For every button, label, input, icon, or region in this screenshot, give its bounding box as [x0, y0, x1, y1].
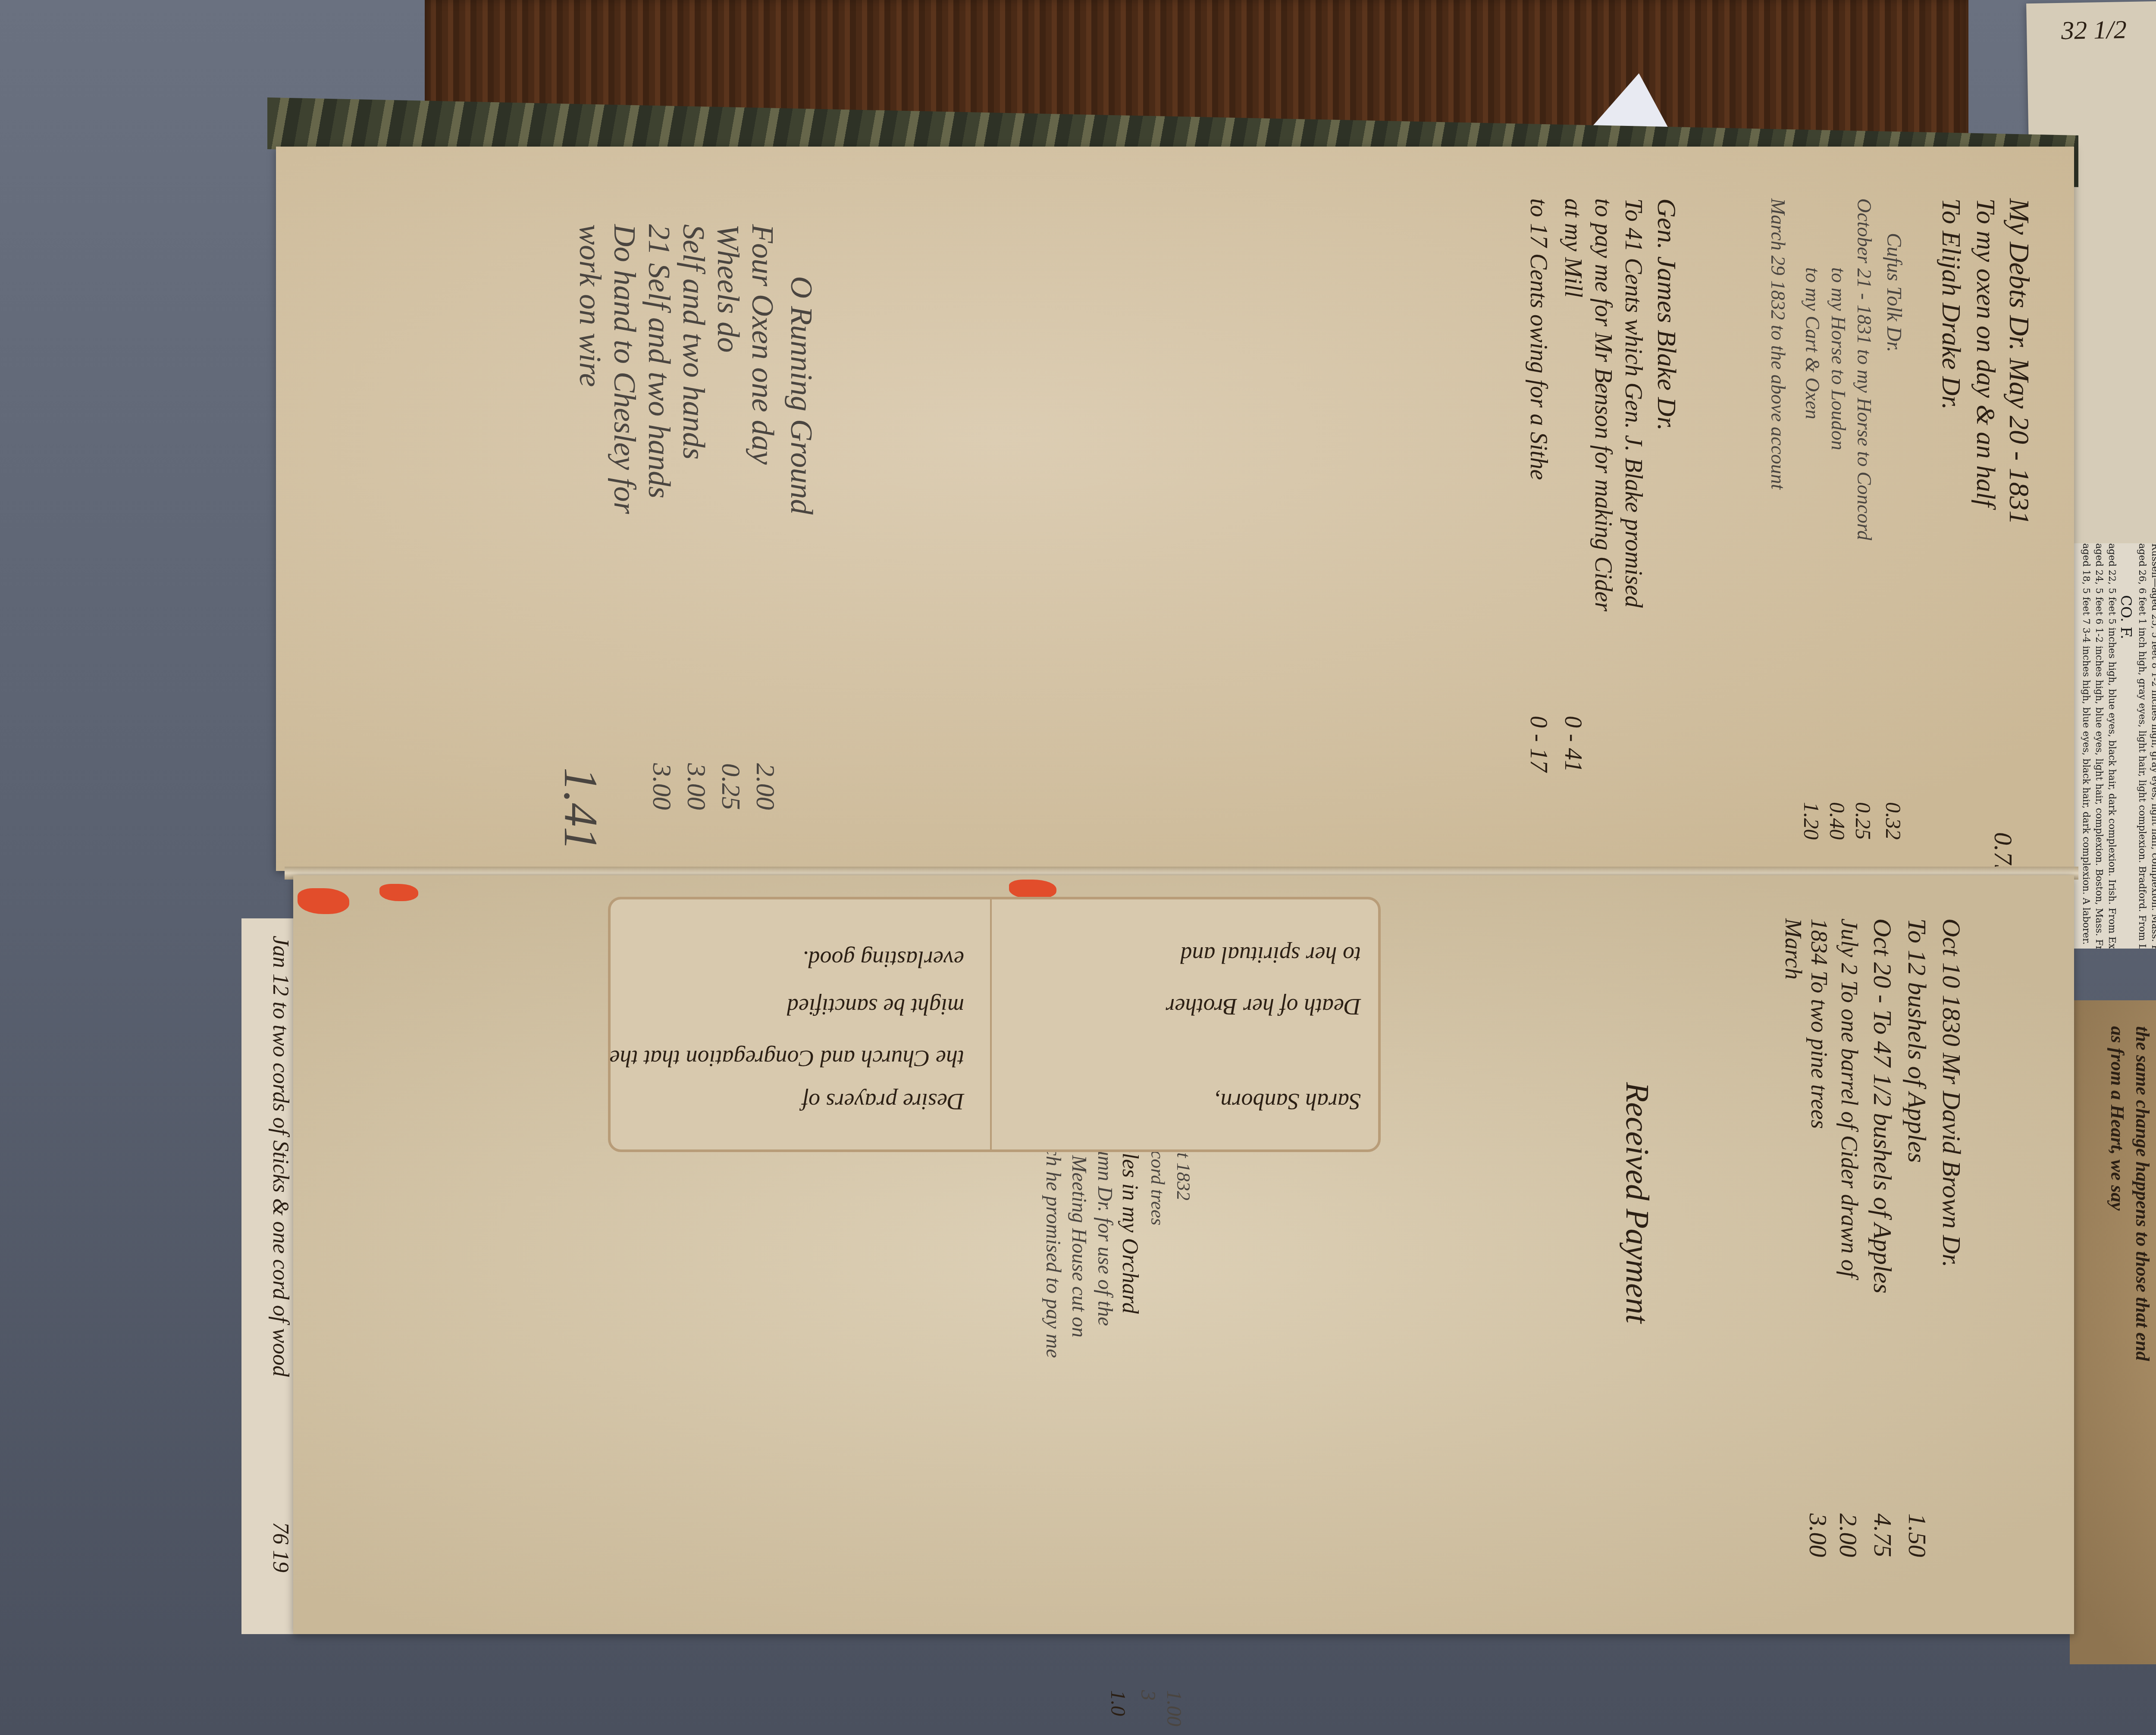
- amount: 0.40: [1825, 802, 1850, 840]
- amount: 0 - 17: [1525, 716, 1552, 772]
- newspaper-columns: CO. C. Doran—aged 27, 5 feet 9 inches hi…: [2070, 543, 2156, 949]
- entry-line: October 21 - 1831 to my Horse to Concord: [1853, 198, 1876, 540]
- entry-line: Do hand to Chesley for: [607, 224, 642, 514]
- news-entry: aged 22, 5 feet 5 inches high, blue eyes…: [2106, 543, 2117, 949]
- amount: 1.20: [1799, 802, 1824, 840]
- amount: 1.41: [553, 767, 608, 851]
- news-entry: Russell—aged 25, 5 feet 8 1-2 inches hig…: [2150, 543, 2156, 949]
- amount: 1.0: [1106, 1690, 1130, 1716]
- news-entry: aged 26, 6 feet 1 inch high, gray eyes, …: [2137, 543, 2147, 949]
- note-left-panel: Desire prayers of the Church and Congreg…: [611, 899, 992, 1149]
- entry-line: to my Cart & Oxen: [1801, 267, 1824, 420]
- amount: 1.50: [1903, 1513, 1932, 1557]
- entry-line: Cufus Tolk Dr.: [1882, 233, 1906, 352]
- entry-line: at my Mill: [1559, 198, 1587, 298]
- ledger-top-page: My Debts Dr. May 20 - 1831 To my oxen on…: [276, 147, 2074, 871]
- amount: 4.75: [1868, 1513, 1897, 1557]
- manuscript-line: as from a Heart, we say: [2106, 1026, 2128, 1211]
- strip-amount: 76 19: [268, 1522, 293, 1572]
- note-line: Desire prayers of: [802, 1088, 964, 1115]
- amount: 1.00: [1162, 1690, 1186, 1726]
- amount: 2.00: [750, 763, 780, 810]
- red-wax-seal: [298, 888, 349, 914]
- entry-line: 1834 To two pine trees: [1806, 918, 1833, 1129]
- entry-line: Four Oxen one day: [745, 224, 780, 465]
- entry-line: To my oxen on day & an half: [1970, 198, 2001, 507]
- entry-line: Oct 20 - To 47 1/2 bushels of Apples: [1868, 918, 1897, 1293]
- strip-line: Jan 12 to two cords of Sticks & one cord…: [268, 936, 293, 1377]
- entry-line: To 41 Cents which Gen. J. Blake promised: [1620, 198, 1647, 608]
- entry-line: O Running Ground: [783, 276, 819, 514]
- note-line: everlasting good.: [802, 946, 964, 973]
- entry-line: My Debts Dr. May 20 - 1831: [2002, 198, 2035, 525]
- news-entry: aged 24, 5 feet 6 1-2 inches high, blue …: [2093, 543, 2104, 949]
- received-payment-signature: Received Payment: [1618, 1082, 1656, 1323]
- red-wax-seal: [1009, 880, 1056, 899]
- note-line: the Church and Congregation that the: [610, 1045, 964, 1072]
- entry-line: March 29 1832 to the above account: [1767, 198, 1789, 489]
- ledger-left-strip: Jan 12 to two cords of Sticks & one cord…: [241, 918, 302, 1634]
- note-line: to her spiritual and: [1180, 942, 1361, 968]
- note-right-panel: Sarah Sanborn, Death of her Brother to h…: [990, 899, 1378, 1149]
- note-line: Death of her Brother: [1166, 993, 1361, 1020]
- amount: 3: [1136, 1690, 1160, 1701]
- entry-line: which he promised to pay me: [1041, 1117, 1065, 1358]
- entry-line: to 17 Cents owing for a Sithe: [1525, 198, 1552, 480]
- entry-line: Oct 10 1830 Mr David Brown Dr.: [1937, 918, 1966, 1267]
- amount: 3.00: [681, 763, 711, 810]
- hebrew-grammar-manuscript: without alteration of the Points only. T…: [2070, 1000, 2156, 1664]
- manuscript-line: the same change happens to those that en…: [2131, 1026, 2153, 1361]
- entry-line: to pay me for Mr Benson for making Cider: [1589, 198, 1617, 611]
- entry-line: Gen. James Blake Dr.: [1651, 198, 1682, 431]
- note-line: Sarah Sanborn,: [1215, 1088, 1361, 1115]
- amount: 2.00: [1834, 1513, 1863, 1557]
- entry-line: July 2 To one barrel of Cider drawn of: [1836, 918, 1863, 1278]
- section-heading-co-f: CO. F.: [2117, 595, 2134, 639]
- amount: 3.00: [1804, 1513, 1833, 1557]
- amount: 3.00: [646, 763, 677, 810]
- entry-line: 21 Self and two hands: [641, 224, 677, 498]
- entry-line: March: [1780, 918, 1807, 980]
- entry-line: To Elijah Drake Dr.: [1936, 198, 1966, 410]
- red-wax-seal: [379, 884, 418, 901]
- entry-line: Self and two hands: [676, 224, 711, 460]
- note-line: might be sanctified: [787, 993, 964, 1020]
- roll-marginalia-left: 32 1/2: [2061, 15, 2127, 46]
- amount: 0.25: [715, 763, 746, 810]
- amount: 0.32: [1881, 802, 1906, 840]
- entry-line: To 12 bushels of Apples: [1902, 918, 1932, 1163]
- entry-line: work on wire: [572, 224, 608, 387]
- pasted-prayer-note: Desire prayers of the Church and Congreg…: [608, 897, 1381, 1152]
- news-entry: aged 18, 5 feet 7 3-4 inches high, blue …: [2081, 543, 2091, 945]
- entry-line: to my Horse to Loudon: [1827, 267, 1850, 450]
- entry-line: Wheels do: [710, 224, 746, 353]
- amount: 0 - 41: [1559, 716, 1587, 772]
- amount: 0.25: [1851, 802, 1876, 840]
